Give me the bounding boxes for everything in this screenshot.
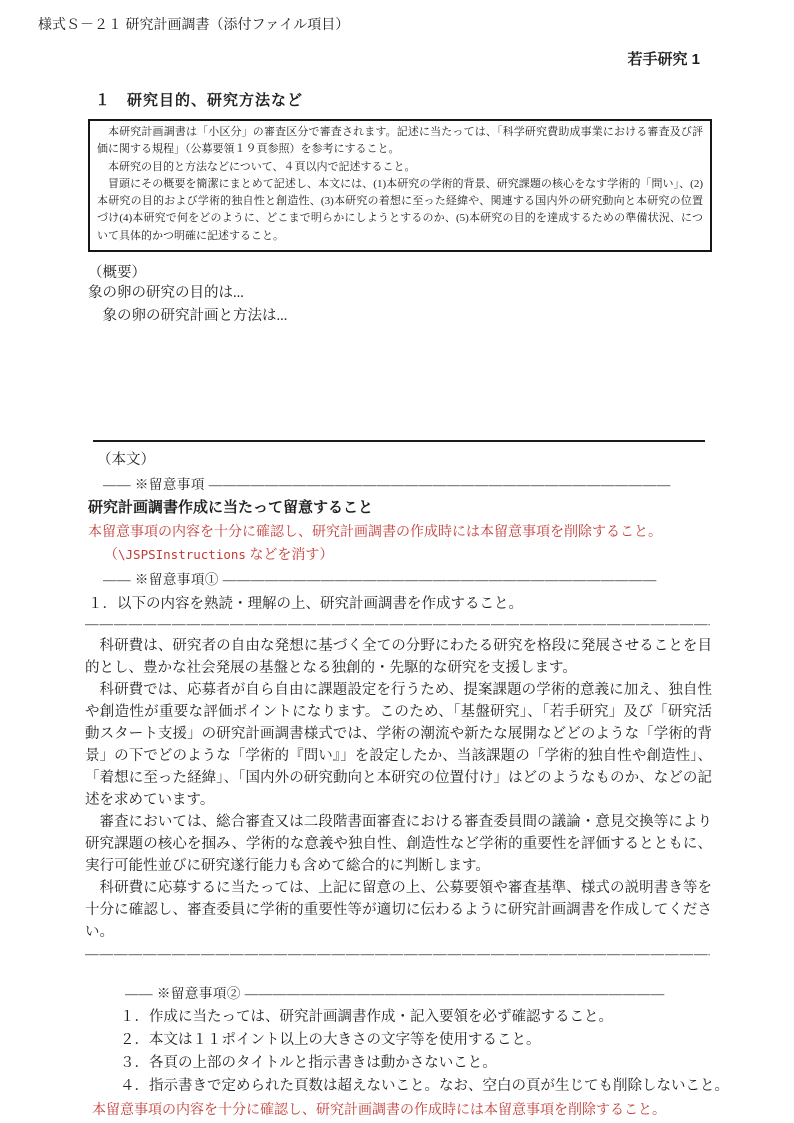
page: { "header": { "form_label": "様式Ｓ－２１ 研究計画…	[0, 0, 794, 1123]
kakenhi-paragraph-1: 科研費は、研究者の自由な発想に基づく全ての分野にわたる研究を格段に発展させること…	[85, 635, 712, 679]
instruction-box: 本研究計画調書は「小区分」の審査区分で審査されます。記述に当たっては、「科学研究…	[88, 119, 712, 252]
note1-item-1: １．以下の内容を熟読・理解の上、研究計画調書を作成すること。	[88, 592, 794, 613]
note2-item-1: １．作成に当たっては、研究計画調書作成・記入要領を必ず確認すること。	[120, 1006, 794, 1029]
main-body-section: （本文） —— ※留意事項 ——————————————————————————…	[0, 440, 794, 1122]
latex-command-text: \JSPSInstructions	[118, 547, 246, 562]
kakenhi-paragraph-4: 科研費に応募するに当たっては、上記に留意の上、公募要領や審査基準、様式の説明書き…	[85, 877, 712, 943]
note2-item-list: １．作成に当たっては、研究計画調書作成・記入要領を必ず確認すること。 ２．本文は…	[120, 1006, 794, 1098]
kakenhi-description: 科研費は、研究者の自由な発想に基づく全ての分野にわたる研究を格段に発展させること…	[85, 635, 712, 943]
section-1-heading: １ 研究目的、研究方法など	[95, 89, 794, 110]
red-warning-line-2: （\JSPSInstructions などを消す）	[104, 544, 794, 564]
red-warning-close-paren: などを消す）	[246, 548, 334, 563]
note2-item-2: ２．本文は１１ポイント以上の大きさの文字等を使用すること。	[120, 1029, 794, 1052]
main-text-label: （本文）	[97, 448, 794, 469]
dashed-separator-bottom: ————————————————————————————————————————…	[85, 946, 710, 962]
kakenhi-paragraph-2: 科研費では、応募者が自ら自由に課題設定を行うため、提案課題の学術的意義に加え、独…	[85, 679, 712, 811]
instruction-paragraph-2: 本研究の目的と方法などについて、４頁以内で記述すること。	[97, 159, 703, 176]
notice-heading: 研究計画調書作成に当たって留意すること	[88, 496, 794, 517]
note-marker-line-1: —— ※留意事項 ———————————————————————————————…	[103, 473, 703, 493]
red-warning-open-paren: （	[104, 548, 118, 563]
instruction-paragraph-1: 本研究計画調書は「小区分」の審査区分で審査されます。記述に当たっては、「科学研究…	[97, 124, 703, 159]
kakenhi-paragraph-3: 審査においては、総合審査又は二段階書面審査における審査委員間の議論・意見交換等に…	[85, 811, 712, 877]
overview-line-2: 象の卵の研究計画と方法は...	[88, 305, 794, 328]
overview-line-1: 象の卵の研究の目的は...	[88, 282, 794, 305]
horizontal-rule	[93, 440, 705, 442]
note2-item-4: ４．指示書きで定められた頁数は超えないこと。なお、空白の頁が生じても削除しないこ…	[120, 1075, 794, 1098]
note2-item-3: ３．各頁の上部のタイトルと指示書きは動かさないこと。	[120, 1052, 794, 1075]
form-number-label: 様式Ｓ－２１ 研究計画調書（添付ファイル項目）	[38, 14, 794, 34]
red-warning-final: 本留意事項の内容を十分に確認し、研究計画調書の作成時には本留意事項を削除すること…	[92, 1100, 794, 1122]
note-marker-line-2: —— ※留意事項① ——————————————————————————————…	[103, 568, 703, 588]
red-warning-line-1: 本留意事項の内容を十分に確認し、研究計画調書の作成時には本留意事項を削除すること…	[88, 521, 794, 541]
note-marker-line-3: —— ※留意事項② ——————————————————————————————	[125, 982, 705, 1002]
instruction-paragraph-3: 冒頭にその概要を簡潔にまとめて記述し、本文には、(1)本研究の学術的背景、研究課…	[97, 176, 703, 245]
overview-label: （概要）	[88, 261, 794, 282]
dashed-separator-top: ————————————————————————————————————————…	[85, 616, 710, 632]
research-category-label: 若手研究 1	[0, 48, 700, 69]
